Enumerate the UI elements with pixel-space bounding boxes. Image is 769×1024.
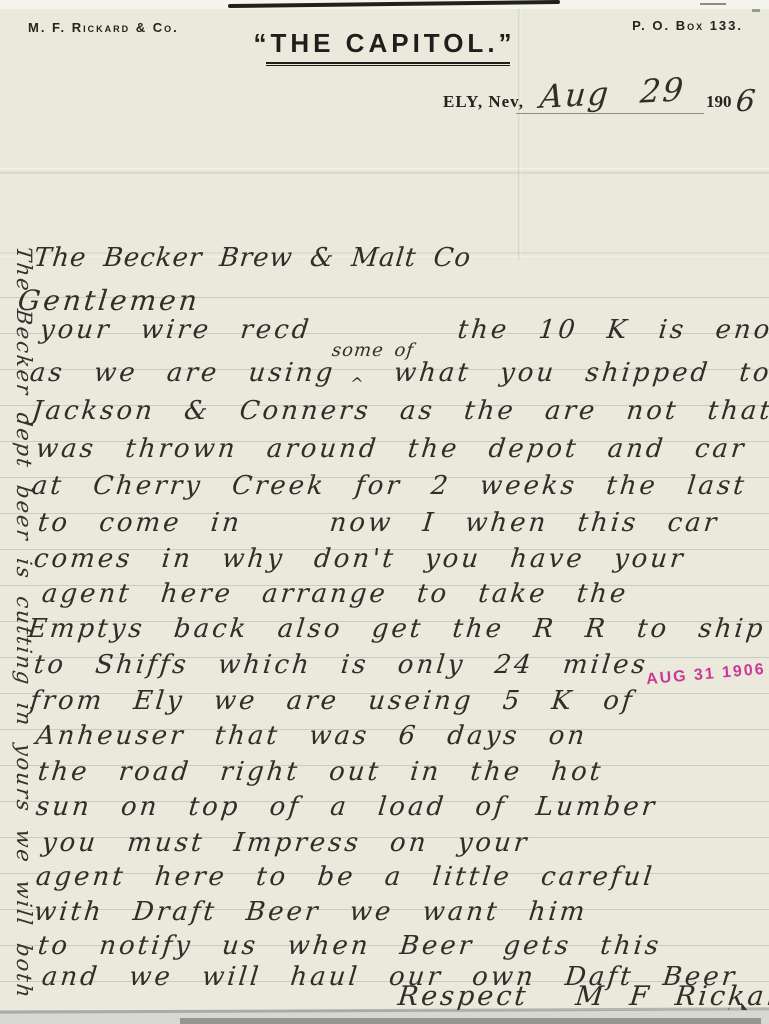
letter-scan: M. F. Rickard & Co. “THE CAPITOL.” P. O.…	[0, 0, 769, 1024]
letter-recipient: The Becker Brew & Malt Co	[32, 243, 472, 273]
letter-salutation: Gentlemen	[16, 284, 201, 317]
dateline-place: ELY, Nev,	[443, 92, 524, 112]
dateline-year-handwritten: 6	[734, 84, 760, 119]
letter-line: to notify us when Beer gets this	[36, 931, 663, 961]
letter-line: to Shiffs which is only 24 miles	[32, 650, 649, 680]
letter-line: Emptys back also get the R R to ship	[26, 614, 767, 644]
dateline-date-handwritten: Aug 29	[538, 70, 686, 116]
scan-artifact-mark	[700, 3, 726, 5]
letter-line: the road right out in the hot	[36, 757, 604, 787]
letter-line: as we are using what you shipped to	[28, 358, 769, 388]
letter-line: agent here arrange to take the	[40, 579, 630, 609]
letter-line: Jackson & Conners as the are not that	[30, 396, 769, 426]
letter-line: at Cherry Creek for 2 weeks the last	[30, 471, 748, 501]
margin-note: The Becker dept beer is cutting in yours…	[12, 245, 36, 1010]
letter-line: was thrown around the depot and car	[34, 434, 748, 464]
fold-crease-horizontal	[0, 168, 769, 174]
title-double-rule	[266, 62, 510, 67]
letter-line: with Draft Beer we want him	[32, 897, 589, 927]
letter-line: sun on top of a load of Lumber	[34, 792, 658, 822]
letter-line: from Ely we are useing 5 K of	[28, 686, 636, 716]
letter-line: agent here to be a little careful	[34, 862, 656, 892]
letter-line: to come in now I when this car	[36, 508, 720, 538]
letterhead-pobox: P. O. Box 133.	[632, 18, 743, 33]
letter-line: Anheuser that was 6 days on	[34, 721, 588, 751]
letter-line: you must Impress on your	[40, 828, 530, 858]
scan-shadow	[180, 1018, 761, 1024]
letter-line: comes in why don't you have your	[32, 544, 687, 574]
letter-line: your wire recd the 10 K is enough,	[38, 315, 769, 345]
dateline-year-printed: 190	[706, 92, 732, 112]
scan-artifact-mark	[752, 9, 760, 12]
